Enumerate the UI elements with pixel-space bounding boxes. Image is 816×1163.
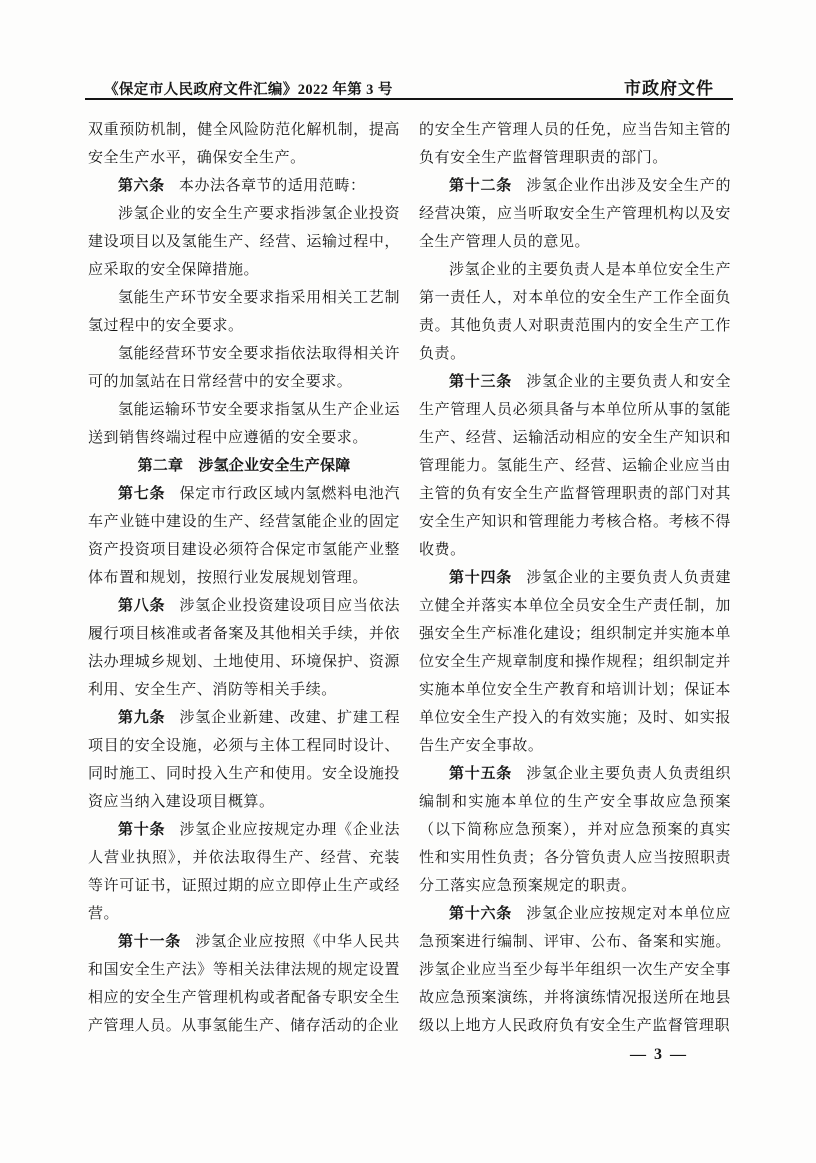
header-divider-rule (85, 98, 733, 100)
paragraph-text: 涉氢企业主要负责人负责组织编制和实施本单位的生产安全事故应急预案（以下简称应急预… (419, 766, 731, 894)
paragraph-text: 涉氢企业应按规定对本单位应急预案进行编制、评审、公布、备案和实施。涉氢企业应当至… (419, 906, 731, 1034)
article-paragraph: 第十三条涉氢企业的主要负责人和安全生产管理人员必须具备与本单位所从事的氢能生产、… (419, 368, 731, 564)
article-number: 第七条 (118, 485, 165, 502)
article-paragraph: 第十条涉氢企业应按规定办理《企业法人营业执照》，并依法取得生产、经营、充装等许可… (88, 816, 400, 928)
article-number: 第十条 (118, 821, 165, 838)
right-column: 的安全生产管理人员的任免，应当告知主管的负有安全生产监督管理职责的部门。第十二条… (419, 116, 731, 1040)
body-paragraph: 涉氢企业的主要负责人是本单位安全生产第一责任人，对本单位的安全生产工作全面负责。… (419, 256, 731, 368)
paragraph-text: 本办法各章节的适用范畴： (179, 178, 366, 194)
document-body: 双重预防机制，健全风险防范化解机制，提高安全生产水平，确保安全生产。第六条本办法… (88, 116, 732, 1040)
paragraph-text: 的安全生产管理人员的任免，应当告知主管的负有安全生产监督管理职责的部门。 (419, 122, 731, 166)
article-paragraph: 第十四条涉氢企业的主要负责人负责建立健全并落实本单位全员安全生产责任制，加强安全… (419, 564, 731, 760)
page-footer: — 3 — (0, 1046, 688, 1064)
article-number: 第十二条 (449, 177, 512, 194)
article-number: 第十一条 (118, 933, 181, 950)
paragraph-text: 双重预防机制，健全风险防范化解机制，提高安全生产水平，确保安全生产。 (88, 122, 400, 166)
article-number: 第十六条 (449, 905, 512, 922)
document-category-label: 市政府文件 (624, 74, 732, 99)
paragraph-text: 涉氢企业的安全生产要求指涉氢企业投资建设项目以及氢能生产、经营、运输过程中，应采… (88, 206, 400, 278)
paragraph-text: 涉氢企业的主要负责人是本单位安全生产第一责任人，对本单位的安全生产工作全面负责。… (419, 262, 731, 362)
article-number: 第八条 (118, 597, 165, 614)
body-paragraph: 涉氢企业的安全生产要求指涉氢企业投资建设项目以及氢能生产、经营、运输过程中，应采… (88, 200, 400, 284)
article-number: 第六条 (118, 177, 165, 194)
article-paragraph: 第十五条涉氢企业主要负责人负责组织编制和实施本单位的生产安全事故应急预案（以下简… (419, 760, 731, 900)
paragraph-text: 氢能经营环节安全要求指依法取得相关许可的加氢站在日常经营中的安全要求。 (88, 346, 400, 390)
article-paragraph: 第十一条涉氢企业应按照《中华人民共和国安全生产法》等相关法律法规的规定设置相应的… (88, 928, 400, 1040)
article-paragraph: 第十六条涉氢企业应按规定对本单位应急预案进行编制、评审、公布、备案和实施。涉氢企… (419, 900, 731, 1040)
article-number: 第九条 (118, 709, 165, 726)
paragraph-text: 涉氢企业的主要负责人和安全生产管理人员必须具备与本单位所从事的氢能生产、经营、运… (419, 374, 731, 558)
paragraph-text: 涉氢企业的主要负责人负责建立健全并落实本单位全员安全生产责任制，加强安全生产标准… (419, 570, 731, 754)
body-paragraph: 氢能生产环节安全要求指采用相关工艺制氢过程中的安全要求。 (88, 284, 400, 340)
article-number: 第十三条 (449, 373, 512, 390)
article-paragraph: 第九条涉氢企业新建、改建、扩建工程项目的安全设施，必须与主体工程同时设计、同时施… (88, 704, 400, 816)
paragraph-text: 氢能运输环节安全要求指氢从生产企业运送到销售终端过程中应遵循的安全要求。 (88, 402, 400, 446)
left-column: 双重预防机制，健全风险防范化解机制，提高安全生产水平，确保安全生产。第六条本办法… (88, 116, 400, 1040)
paragraph-text: 第二章 涉氢企业安全生产保障 (138, 457, 351, 474)
continuation-paragraph: 双重预防机制，健全风险防范化解机制，提高安全生产水平，确保安全生产。 (88, 116, 400, 172)
article-paragraph: 第十二条涉氢企业作出涉及安全生产的经营决策，应当听取安全生产管理机构以及安全生产… (419, 172, 731, 256)
article-paragraph: 第六条本办法各章节的适用范畴： (88, 172, 400, 200)
scanned-document-page: { "header": { "left": "《保定市人民政府文件汇编》2022… (0, 0, 816, 1163)
body-paragraph: 氢能经营环节安全要求指依法取得相关许可的加氢站在日常经营中的安全要求。 (88, 340, 400, 396)
compilation-title: 《保定市人民政府文件汇编》2022 年第 3 号 (88, 78, 393, 99)
page-header: 《保定市人民政府文件汇编》2022 年第 3 号 市政府文件 (88, 74, 732, 99)
chapter-heading: 第二章 涉氢企业安全生产保障 (88, 452, 400, 480)
page-number: — 3 — (630, 1046, 688, 1063)
article-paragraph: 第七条保定市行政区域内氢燃料电池汽车产业链中建设的生产、经营氢能企业的固定资产投… (88, 480, 400, 592)
article-number: 第十四条 (449, 569, 512, 586)
paragraph-text: 氢能生产环节安全要求指采用相关工艺制氢过程中的安全要求。 (88, 290, 400, 334)
body-paragraph: 氢能运输环节安全要求指氢从生产企业运送到销售终端过程中应遵循的安全要求。 (88, 396, 400, 452)
continuation-paragraph: 的安全生产管理人员的任免，应当告知主管的负有安全生产监督管理职责的部门。 (419, 116, 731, 172)
article-number: 第十五条 (449, 765, 512, 782)
article-paragraph: 第八条涉氢企业投资建设项目应当依法履行项目核准或者备案及其他相关手续，并依法办理… (88, 592, 400, 704)
